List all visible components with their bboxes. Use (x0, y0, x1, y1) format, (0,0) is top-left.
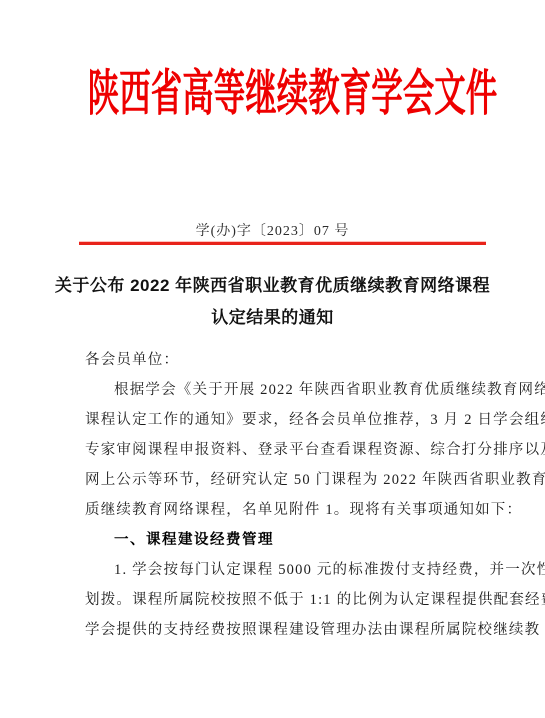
letterhead-org-title: 陕西省高等继续教育学会文件 (88, 66, 498, 121)
document-body: 各会员单位： 根据学会《关于开展 2022 年陕西省职业教育优质继续教育网络 课… (85, 345, 470, 645)
official-document-page: 陕西省高等继续教育学会文件 学(办)字〔2023〕07 号 关于公布 2022 … (0, 0, 545, 718)
body-line: 网上公示等环节，经研究认定 50 门课程为 2022 年陕西省职业教育优 (85, 465, 470, 495)
document-reference-number: 学(办)字〔2023〕07 号 (0, 220, 545, 240)
section-heading: 一、课程建设经费管理 (85, 525, 470, 555)
red-separator-rule (79, 242, 486, 245)
body-line: 课程认定工作的通知》要求，经各会员单位推荐，3 月 2 日学会组织 (85, 405, 470, 435)
document-title-line-1: 关于公布 2022 年陕西省职业教育优质继续教育网络课程 (0, 270, 545, 302)
letterhead: 陕西省高等继续教育学会文件 (0, 66, 545, 116)
body-line: 专家审阅课程申报资料、登录平台查看课程资源、综合打分排序以及 (85, 435, 470, 465)
document-title: 关于公布 2022 年陕西省职业教育优质继续教育网络课程 认定结果的通知 (0, 270, 545, 334)
body-line: 根据学会《关于开展 2022 年陕西省职业教育优质继续教育网络 (85, 375, 470, 405)
body-line: 学会提供的支持经费按照课程建设管理办法由课程所属院校继续教 (85, 615, 470, 645)
body-line: 1. 学会按每门认定课程 5000 元的标准拨付支持经费，并一次性 (85, 555, 470, 585)
document-title-line-2: 认定结果的通知 (0, 302, 545, 334)
body-line: 质继续教育网络课程，名单见附件 1。现将有关事项通知如下： (85, 495, 470, 525)
body-line: 划拨。课程所属院校按照不低于 1:1 的比例为认定课程提供配套经费。 (85, 585, 470, 615)
salutation-line: 各会员单位： (85, 345, 470, 375)
